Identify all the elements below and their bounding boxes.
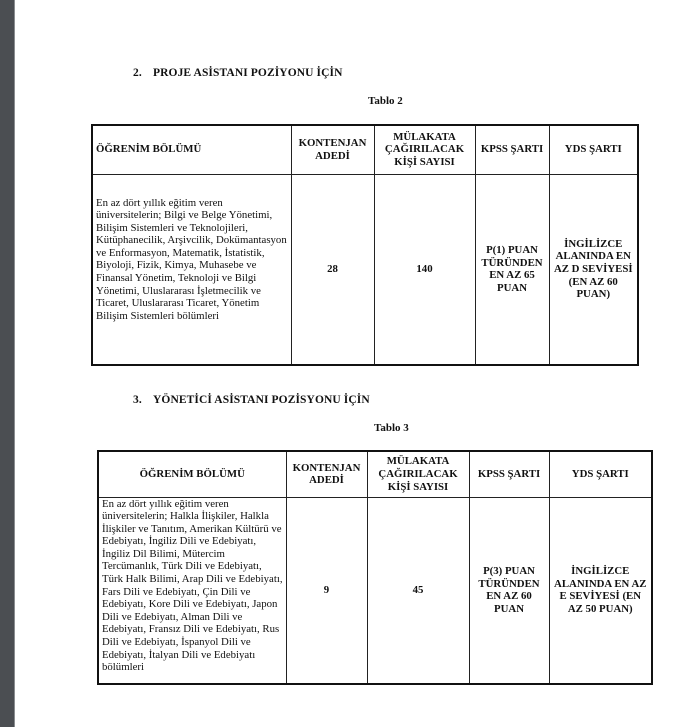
table-3-header-row: ÖĞRENİM BÖLÜMÜ KONTENJAN ADEDİ MÜLAKATA … bbox=[98, 451, 652, 497]
header-ogrenim-bolumu: ÖĞRENİM BÖLÜMÜ bbox=[92, 125, 291, 174]
section-2-title: 2.PROJE ASİSTANI POZİYONU İÇİN bbox=[133, 67, 343, 79]
cell-ogrenim-bolumu: En az dört yıllık eğitim veren üniversit… bbox=[98, 497, 286, 684]
cell-kontenjan: 9 bbox=[286, 497, 367, 684]
section-2-number: 2. bbox=[133, 67, 153, 79]
section-2-heading: PROJE ASİSTANI POZİYONU İÇİN bbox=[153, 67, 343, 79]
cell-kpss: P(1) PUAN TÜRÜNDEN EN AZ 65 PUAN bbox=[475, 174, 549, 365]
cell-yds: İNGİLİZCE ALANINDA EN AZ E SEVİYESİ (EN … bbox=[549, 497, 652, 684]
section-3-heading: YÖNETİCİ ASİSTANI POZİSYONU İÇİN bbox=[153, 394, 370, 406]
cell-mulakat: 140 bbox=[374, 174, 475, 365]
header-yds-sarti: YDS ŞARTI bbox=[549, 125, 638, 174]
header-kpss-sarti: KPSS ŞARTI bbox=[469, 451, 549, 497]
table-row: En az dört yıllık eğitim veren üniversit… bbox=[92, 174, 638, 365]
cell-kontenjan: 28 bbox=[291, 174, 374, 365]
document-page: 2.PROJE ASİSTANI POZİYONU İÇİN Tablo 2 Ö… bbox=[15, 0, 698, 727]
table-3: ÖĞRENİM BÖLÜMÜ KONTENJAN ADEDİ MÜLAKATA … bbox=[97, 450, 653, 685]
header-kpss-sarti: KPSS ŞARTI bbox=[475, 125, 549, 174]
table-3-caption: Tablo 3 bbox=[374, 422, 409, 434]
header-mulakat-kisi-sayisi: MÜLAKATA ÇAĞIRILACAK KİŞİ SAYISI bbox=[367, 451, 469, 497]
header-ogrenim-bolumu: ÖĞRENİM BÖLÜMÜ bbox=[98, 451, 286, 497]
table-2-header-row: ÖĞRENİM BÖLÜMÜ KONTENJAN ADEDİ MÜLAKATA … bbox=[92, 125, 638, 174]
cell-ogrenim-bolumu: En az dört yıllık eğitim veren üniversit… bbox=[92, 174, 291, 365]
header-kontenjan-adedi: KONTENJAN ADEDİ bbox=[286, 451, 367, 497]
header-yds-sarti: YDS ŞARTI bbox=[549, 451, 652, 497]
header-kontenjan-adedi: KONTENJAN ADEDİ bbox=[291, 125, 374, 174]
header-mulakat-kisi-sayisi: MÜLAKATA ÇAĞIRILACAK KİŞİ SAYISI bbox=[374, 125, 475, 174]
table-row: En az dört yıllık eğitim veren üniversit… bbox=[98, 497, 652, 684]
cell-yds: İNGİLİZCE ALANINDA EN AZ D SEVİYESİ (EN … bbox=[549, 174, 638, 365]
cell-kpss: P(3) PUAN TÜRÜNDEN EN AZ 60 PUAN bbox=[469, 497, 549, 684]
section-3-number: 3. bbox=[133, 394, 153, 406]
table-2: ÖĞRENİM BÖLÜMÜ KONTENJAN ADEDİ MÜLAKATA … bbox=[91, 124, 639, 366]
cell-mulakat: 45 bbox=[367, 497, 469, 684]
viewer-side-panel[interactable] bbox=[0, 0, 15, 727]
section-3-title: 3.YÖNETİCİ ASİSTANI POZİSYONU İÇİN bbox=[133, 394, 370, 406]
table-2-caption: Tablo 2 bbox=[368, 95, 403, 107]
